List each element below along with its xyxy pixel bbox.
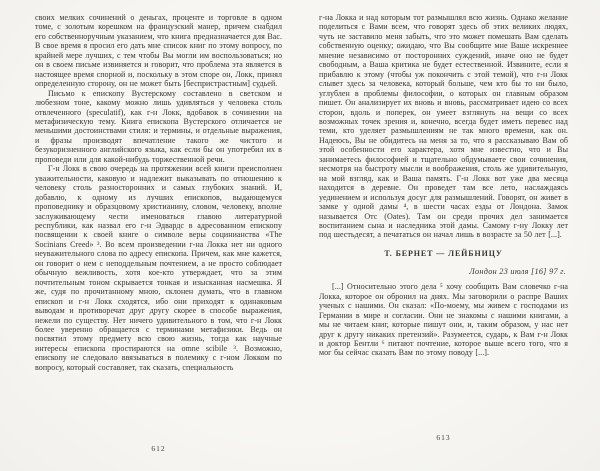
page-right: г-на Локка и над которым тот размышлял в… [319, 13, 568, 463]
paragraph-continuation-right: г-на Локка и над которым тот размышлял в… [319, 13, 568, 240]
paragraph-burnett-letter: [...] Относительно этого дела ⁵ хочу соо… [319, 282, 568, 358]
book-spread: своих мелких сочинений о деньгах, процен… [0, 0, 600, 471]
page-left: своих мелких сочинений о деньгах, процен… [35, 13, 282, 463]
page-number-right: 613 [319, 433, 568, 442]
paragraph-locke-respect: Г-н Локк в свою очередь на протяжении вс… [35, 164, 282, 372]
letter-dateline: Лондон 23 июля [16] 97 г. [319, 267, 568, 276]
letter-heading: Т. БЕРНЕТ — ЛЕЙБНИЦУ [319, 249, 568, 258]
paragraph-letter-to-bishop: Письмо к епископу Вустерскому составлено… [35, 89, 282, 165]
paragraph-continuation: своих мелких сочинений о деньгах, процен… [35, 13, 282, 89]
page-number-left: 612 [35, 444, 282, 453]
letter-header: Т. БЕРНЕТ — ЛЕЙБНИЦУ Лондон 23 июля [16]… [319, 249, 568, 276]
